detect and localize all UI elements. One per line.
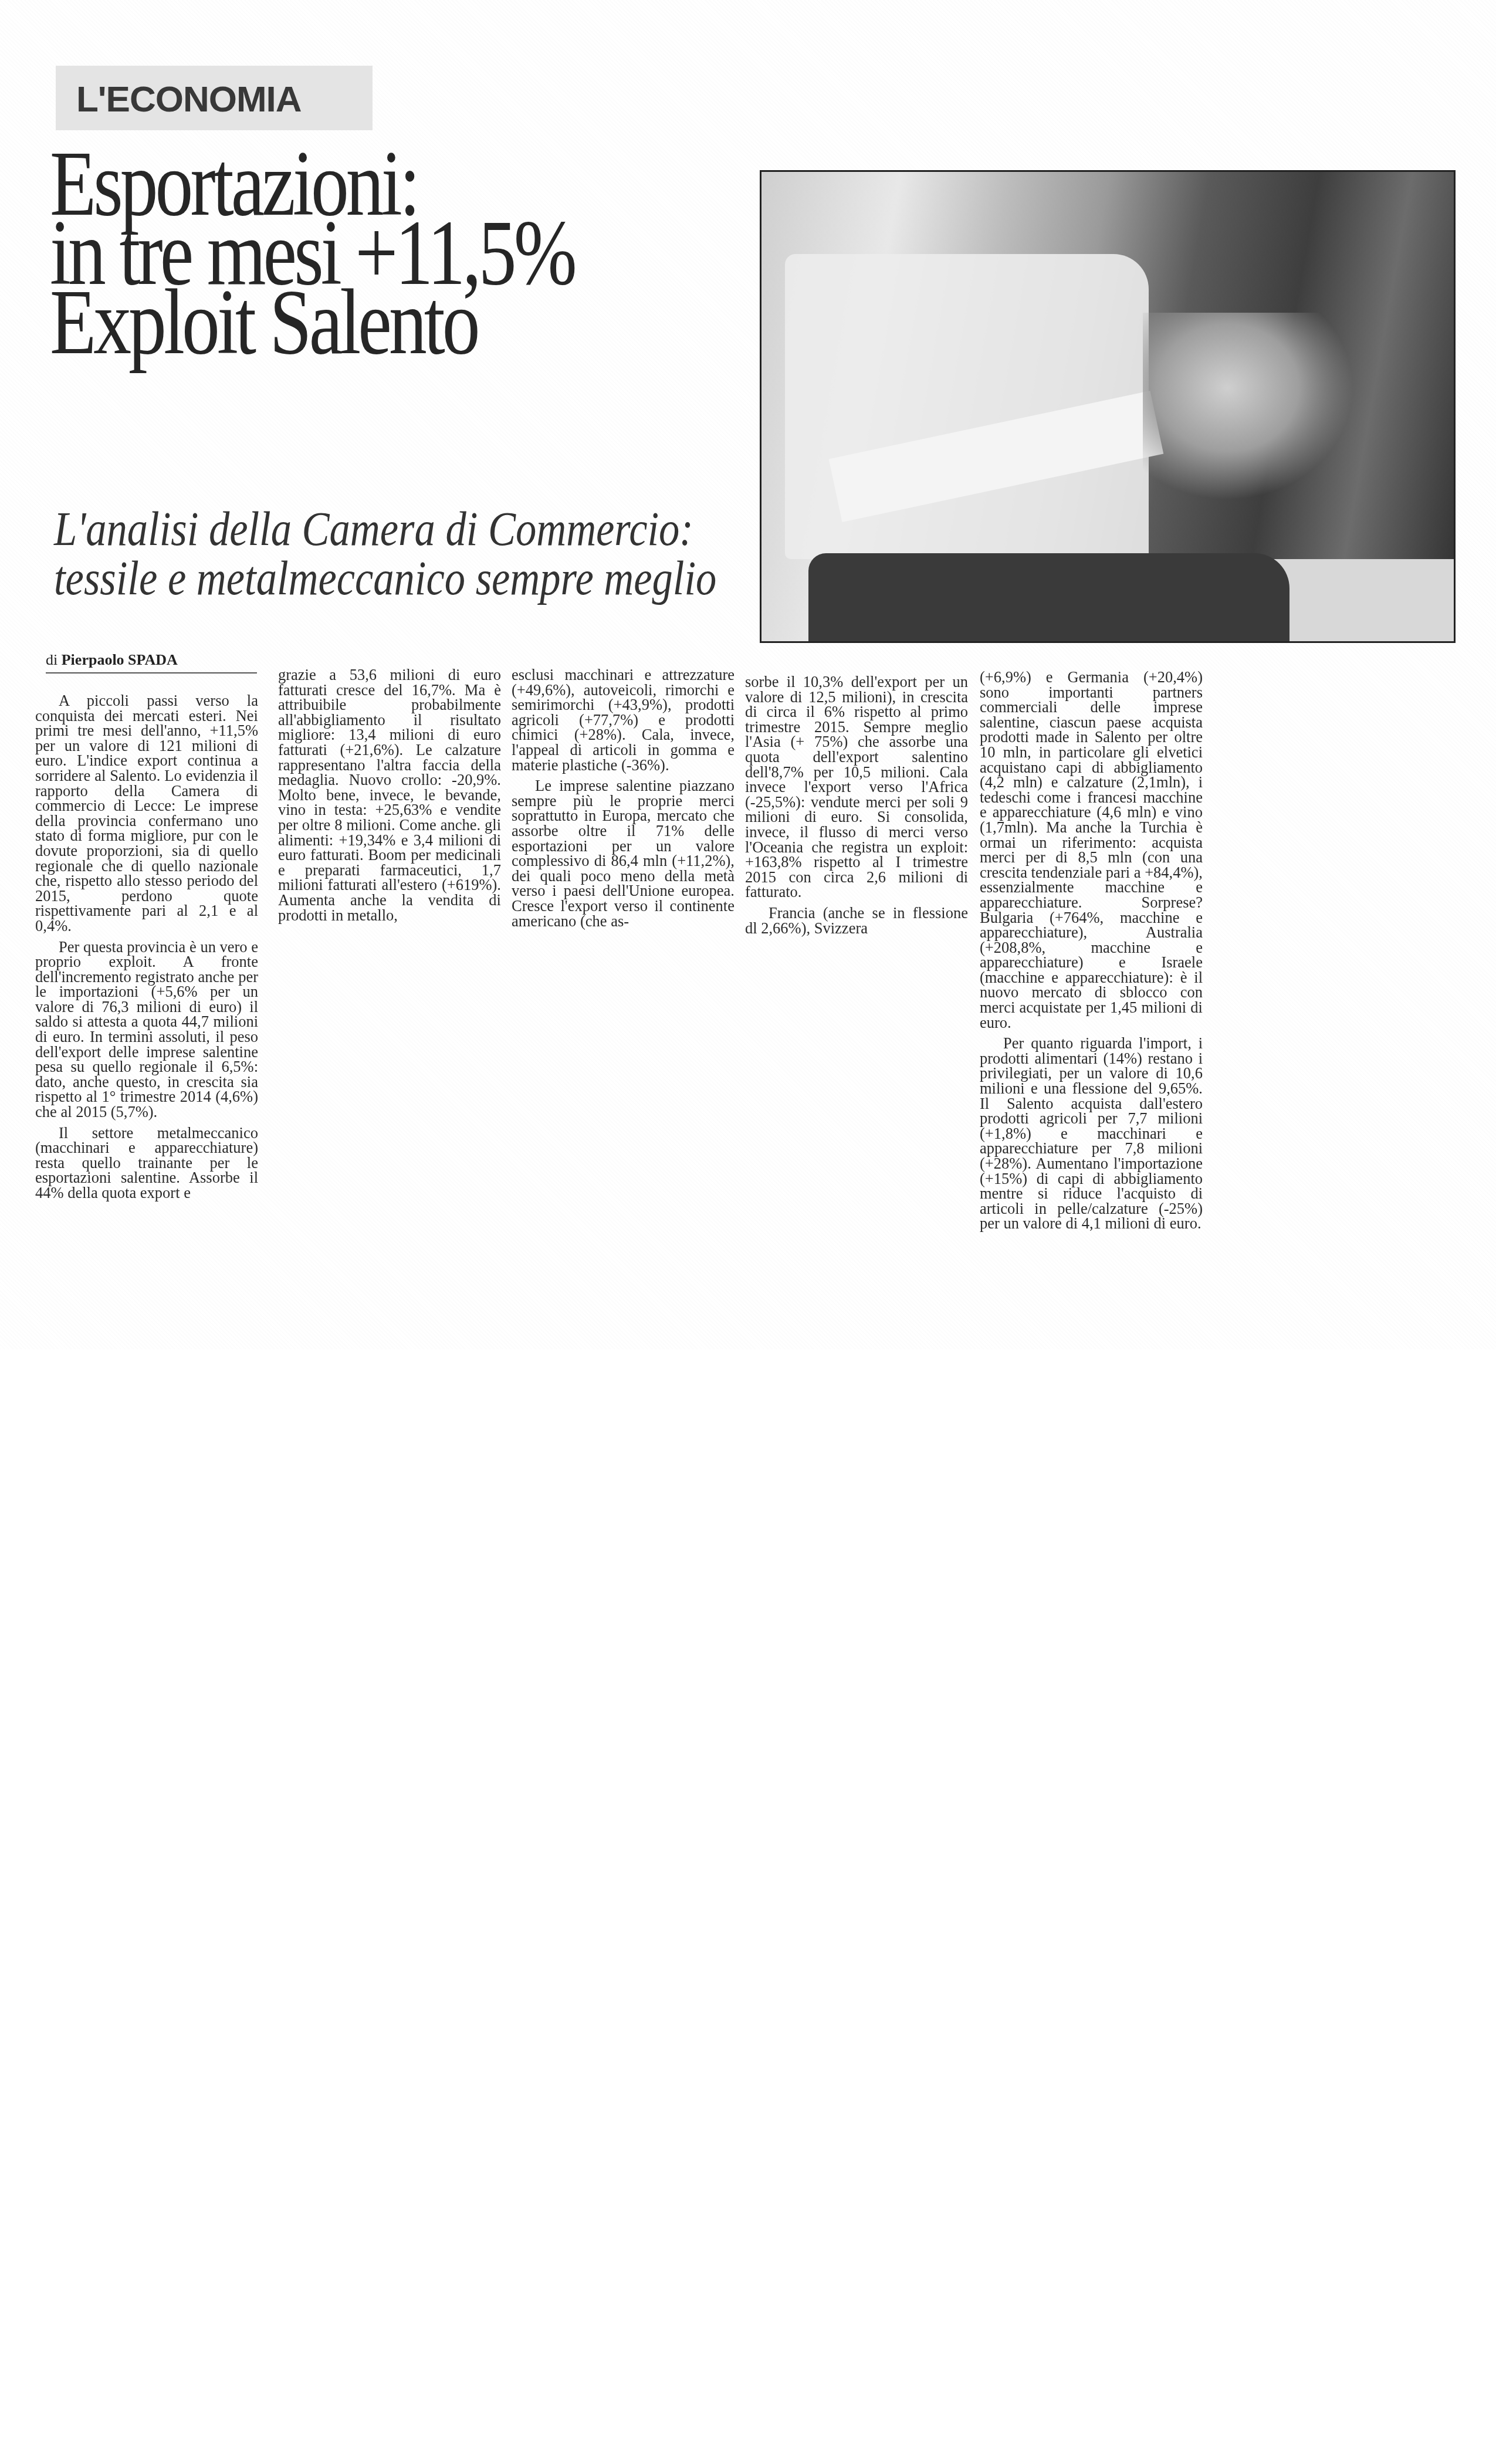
article-photo	[760, 170, 1456, 643]
article-column-2: grazie a 53,6 milioni di euro fatturati …	[278, 668, 501, 929]
byline: di Pierpaolo SPADA	[46, 651, 257, 673]
article-column-3: esclusi macchinari e attrezzature (+49,6…	[512, 668, 735, 935]
paragraph: Per quanto riguarda l'import, i prodotti…	[980, 1036, 1203, 1231]
paragraph: sorbe il 10,3% dell'export per un valore…	[745, 675, 968, 900]
paragraph: grazie a 53,6 milioni di euro fatturati …	[278, 668, 501, 923]
headline: Esportazioni: in tre mesi +11,5% Exploit…	[50, 150, 627, 357]
article-column-1: A piccoli passi verso la conquista dei m…	[35, 693, 258, 1207]
paragraph: esclusi macchinari e attrezzature (+49,6…	[512, 668, 735, 773]
subtitle: L'analisi della Camera di Commercio: tes…	[54, 505, 685, 603]
article-column-4: sorbe il 10,3% dell'export per un valore…	[745, 675, 968, 942]
paragraph: A piccoli passi verso la conquista dei m…	[35, 693, 258, 934]
worker-hands-shape	[1143, 313, 1354, 500]
fabric-shape	[808, 553, 1289, 643]
byline-prefix: di	[46, 651, 57, 668]
paragraph: Il settore metalmeccanico (macchinari e …	[35, 1126, 258, 1201]
subtitle-line-1: L'analisi della Camera di Commercio:	[54, 505, 685, 554]
paragraph: Le imprese salentine piazzano sempre più…	[512, 779, 735, 929]
paragraph: Per questa provincia è un vero e proprio…	[35, 940, 258, 1120]
byline-author: Pierpaolo SPADA	[62, 651, 178, 668]
section-label: L'ECONOMIA	[56, 66, 373, 130]
article-column-5: (+6,9%) e Germania (+20,4%) sono importa…	[980, 670, 1203, 1237]
subtitle-line-2: tessile e metalmeccanico sempre meglio	[54, 554, 685, 603]
section-label-text: L'ECONOMIA	[76, 79, 302, 120]
paragraph: (+6,9%) e Germania (+20,4%) sono importa…	[980, 670, 1203, 1030]
paragraph: Francia (anche se in flessione dl 2,66%)…	[745, 906, 968, 936]
